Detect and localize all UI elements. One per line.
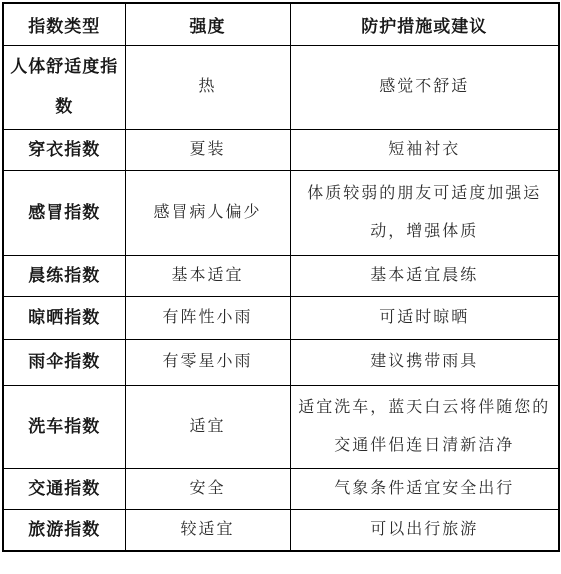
advice-cell: 基本适宜晨练 (290, 255, 559, 296)
intensity-cell: 感冒病人偏少 (125, 170, 290, 255)
page: 指数类型 强度 防护措施或建议 人体舒适度指数 热 感觉不舒适 穿衣指数 夏装 … (0, 0, 561, 574)
index-type-cell: 交通指数 (3, 468, 125, 509)
advice-cell: 适宜洗车，蓝天白云将伴随您的交通伴侣连日清新洁净 (290, 385, 559, 468)
advice-cell: 感觉不舒适 (290, 45, 559, 129)
index-type-cell: 雨伞指数 (3, 339, 125, 385)
intensity-cell: 夏装 (125, 129, 290, 170)
table-row: 旅游指数 较适宜 可以出行旅游 (3, 509, 559, 551)
header-index-type: 指数类型 (3, 3, 125, 45)
table-header-row: 指数类型 强度 防护措施或建议 (3, 3, 559, 45)
intensity-cell: 基本适宜 (125, 255, 290, 296)
table-row: 晨练指数 基本适宜 基本适宜晨练 (3, 255, 559, 296)
intensity-cell: 较适宜 (125, 509, 290, 551)
index-type-cell: 旅游指数 (3, 509, 125, 551)
index-type-cell: 晾晒指数 (3, 296, 125, 339)
advice-cell: 体质较弱的朋友可适度加强运动，增强体质 (290, 170, 559, 255)
index-type-cell: 洗车指数 (3, 385, 125, 468)
advice-cell: 可适时晾晒 (290, 296, 559, 339)
table-row: 晾晒指数 有阵性小雨 可适时晾晒 (3, 296, 559, 339)
table-row: 雨伞指数 有零星小雨 建议携带雨具 (3, 339, 559, 385)
table-row: 感冒指数 感冒病人偏少 体质较弱的朋友可适度加强运动，增强体质 (3, 170, 559, 255)
table-row: 洗车指数 适宜 适宜洗车，蓝天白云将伴随您的交通伴侣连日清新洁净 (3, 385, 559, 468)
advice-cell: 气象条件适宜安全出行 (290, 468, 559, 509)
intensity-cell: 热 (125, 45, 290, 129)
index-type-cell: 感冒指数 (3, 170, 125, 255)
table-row: 穿衣指数 夏装 短袖衬衣 (3, 129, 559, 170)
intensity-cell: 有阵性小雨 (125, 296, 290, 339)
intensity-cell: 适宜 (125, 385, 290, 468)
index-type-cell: 晨练指数 (3, 255, 125, 296)
advice-cell: 建议携带雨具 (290, 339, 559, 385)
header-intensity: 强度 (125, 3, 290, 45)
intensity-cell: 安全 (125, 468, 290, 509)
header-advice: 防护措施或建议 (290, 3, 559, 45)
table-row: 交通指数 安全 气象条件适宜安全出行 (3, 468, 559, 509)
intensity-cell: 有零星小雨 (125, 339, 290, 385)
index-type-cell: 人体舒适度指数 (3, 45, 125, 129)
table-row: 人体舒适度指数 热 感觉不舒适 (3, 45, 559, 129)
index-type-cell: 穿衣指数 (3, 129, 125, 170)
weather-index-table: 指数类型 强度 防护措施或建议 人体舒适度指数 热 感觉不舒适 穿衣指数 夏装 … (2, 2, 560, 552)
advice-cell: 短袖衬衣 (290, 129, 559, 170)
advice-cell: 可以出行旅游 (290, 509, 559, 551)
